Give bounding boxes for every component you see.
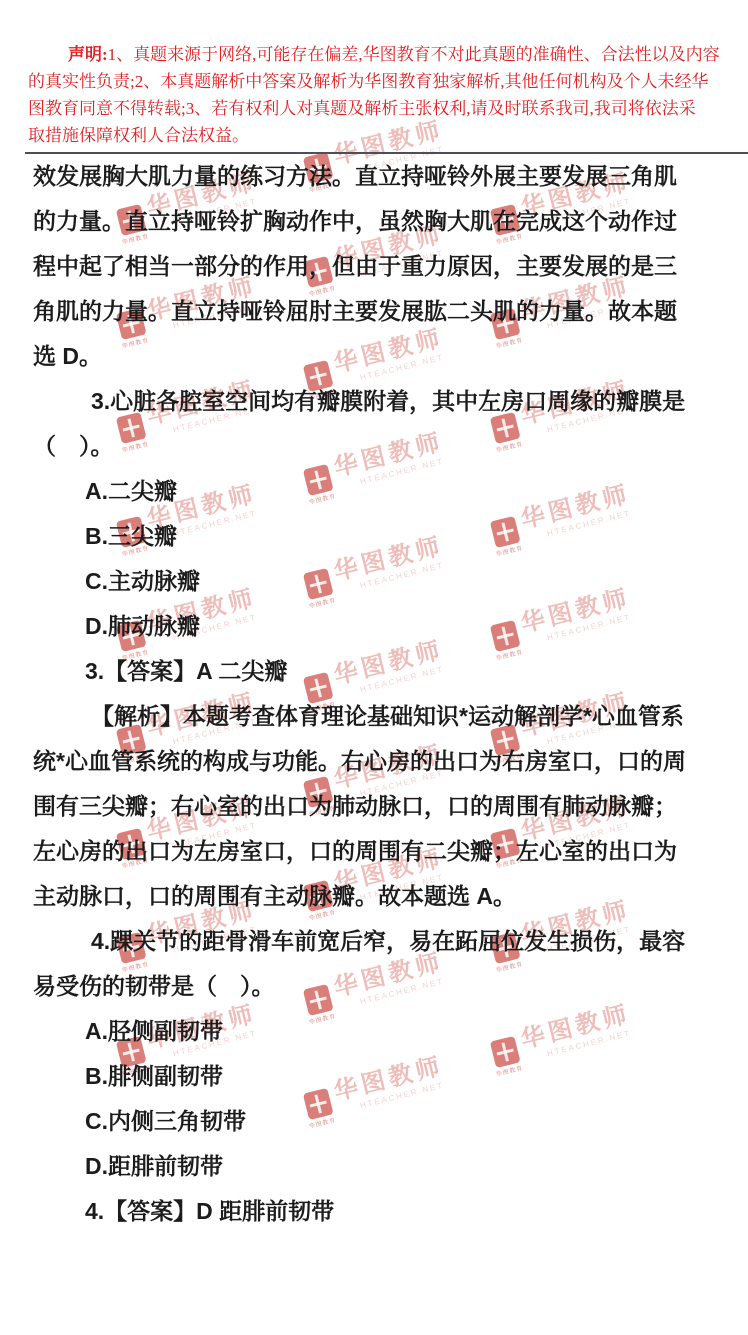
disclaimer-line: 图教育同意不得转载;3、若有权利人对真题及解析主张权利,请及时联系我司,我司将依… xyxy=(28,95,722,122)
question-3-answer: 3.【答案】A 二尖瓣 xyxy=(33,649,730,694)
continued-answer-line: 角肌的力量。直立持哑铃屈肘主要发展肱二头肌的力量。故本题 xyxy=(33,289,730,334)
question-3-option-a: A.二尖瓣 xyxy=(33,469,730,514)
disclaimer-label: 声明: xyxy=(68,45,108,64)
document-body: 效发展胸大肌力量的练习方法。直立持哑铃外展主要发展三角肌 的力量。直立持哑铃扩胸… xyxy=(0,154,748,1234)
continued-answer-line: 选 D。 xyxy=(33,334,730,379)
disclaimer-line: 的真实性负责;2、本真题解析中答案及解析为华图教育独家解析,其他任何机构及个人未… xyxy=(28,68,722,95)
question-3-stem: 3.心脏各腔室空间均有瓣膜附着，其中左房口周缘的瓣膜是 xyxy=(33,379,730,424)
question-3-option-d: D.肺动脉瓣 xyxy=(33,604,730,649)
question-4-stem: 4.踝关节的距骨滑车前宽后窄，易在跖屈位发生损伤，最容 xyxy=(33,919,730,964)
continued-answer-line: 的力量。直立持哑铃扩胸动作中，虽然胸大肌在完成这个动作过 xyxy=(33,199,730,244)
question-4-option-c: C.内侧三角韧带 xyxy=(33,1099,730,1144)
disclaimer-line: 声明:1、真题来源于网络,可能存在偏差,华图教育不对此真题的准确性、合法性以及内… xyxy=(28,41,722,68)
question-3-analysis-line: 围有三尖瓣；右心室的出口为肺动脉口，口的周围有肺动脉瓣； xyxy=(33,784,730,829)
disclaimer-line: 取措施保障权利人合法权益。 xyxy=(28,122,722,149)
question-4-option-d: D.距腓前韧带 xyxy=(33,1144,730,1189)
question-4-answer: 4.【答案】D 距腓前韧带 xyxy=(33,1189,730,1234)
question-3-analysis-line: 【解析】本题考查体育理论基础知识*运动解剖学*心血管系 xyxy=(33,694,730,739)
question-3-option-b: B.三尖瓣 xyxy=(33,514,730,559)
question-3-option-c: C.主动脉瓣 xyxy=(33,559,730,604)
document-page: 华图教育华图教师HTEACHER.NET华图教育华图教师HTEACHER.NET… xyxy=(0,0,748,1335)
question-3-stem-wrap: （ ）。 xyxy=(33,424,730,469)
question-3-analysis-line: 主动脉口，口的周围有主动脉瓣。故本题选 A。 xyxy=(33,874,730,919)
disclaimer: 声明:1、真题来源于网络,可能存在偏差,华图教育不对此真题的准确性、合法性以及内… xyxy=(0,0,748,149)
question-3-analysis-line: 统*心血管系统的构成与功能。右心房的出口为右房室口，口的周 xyxy=(33,739,730,784)
disclaimer-text: 1、真题来源于网络,可能存在偏差,华图教育不对此真题的准确性、合法性以及内容 xyxy=(108,45,720,64)
continued-answer-line: 效发展胸大肌力量的练习方法。直立持哑铃外展主要发展三角肌 xyxy=(33,154,730,199)
question-4-option-b: B.腓侧副韧带 xyxy=(33,1054,730,1099)
continued-answer-line: 程中起了相当一部分的作用，但由于重力原因，主要发展的是三 xyxy=(33,244,730,289)
question-3-analysis-line: 左心房的出口为左房室口，口的周围有二尖瓣；左心室的出口为 xyxy=(33,829,730,874)
question-4-stem-wrap: 易受伤的韧带是（ ）。 xyxy=(33,964,730,1009)
question-4-option-a: A.胫侧副韧带 xyxy=(33,1009,730,1054)
